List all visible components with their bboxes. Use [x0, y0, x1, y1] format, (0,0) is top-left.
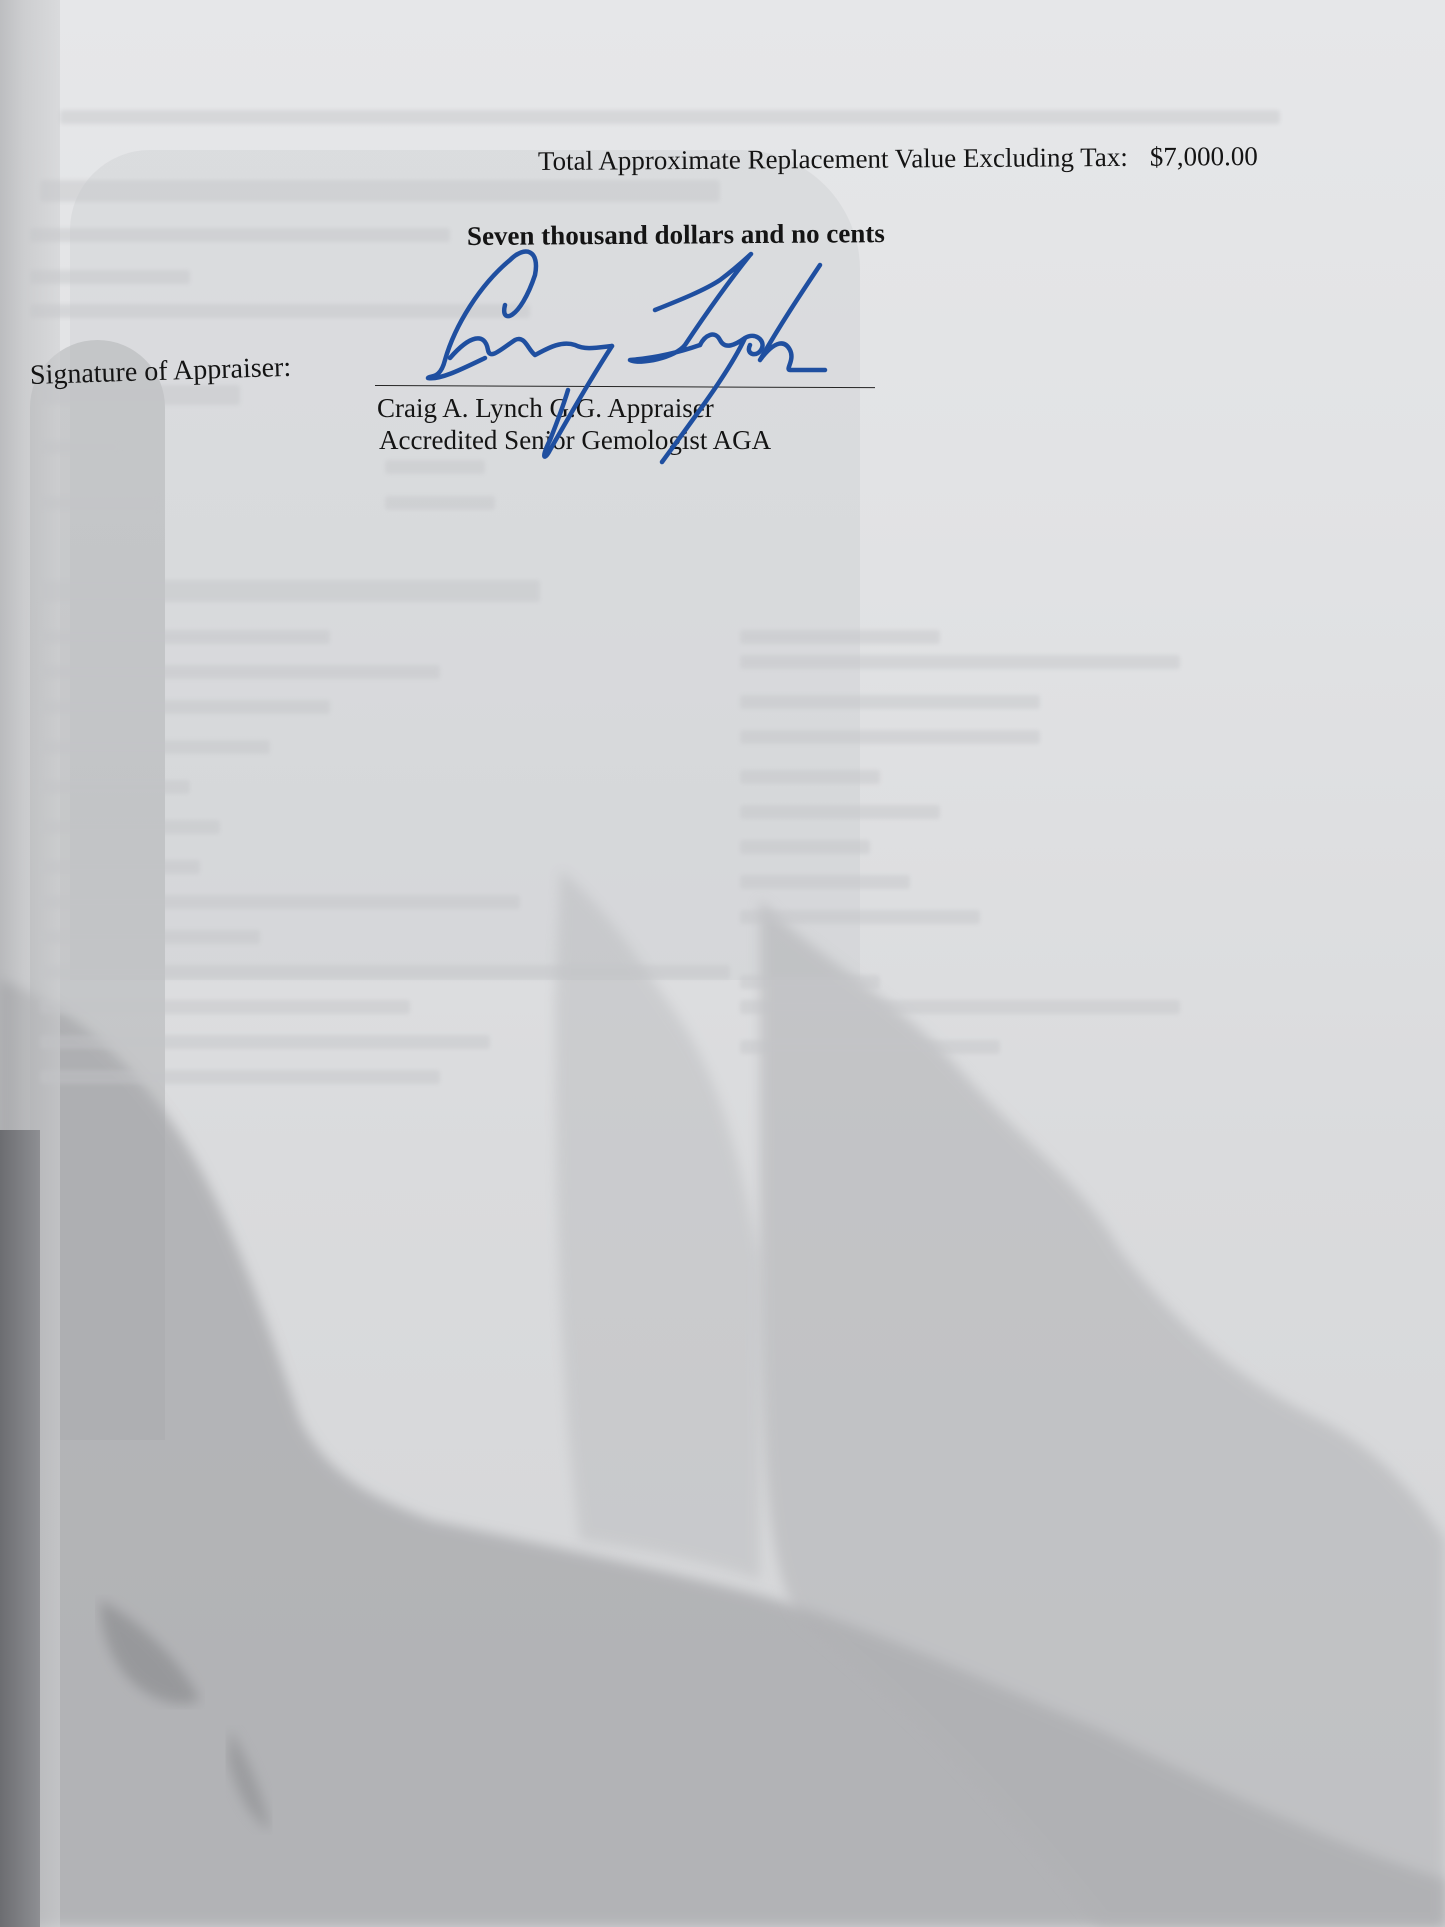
document-page: Total Approximate Replacement Value Excl… [0, 0, 1445, 1927]
handwritten-signature [400, 240, 880, 480]
total-value-line: Total Approximate Replacement Value Excl… [538, 141, 1258, 177]
total-value-label: Total Approximate Replacement Value Excl… [538, 142, 1128, 176]
total-value-amount: $7,000.00 [1150, 141, 1258, 172]
